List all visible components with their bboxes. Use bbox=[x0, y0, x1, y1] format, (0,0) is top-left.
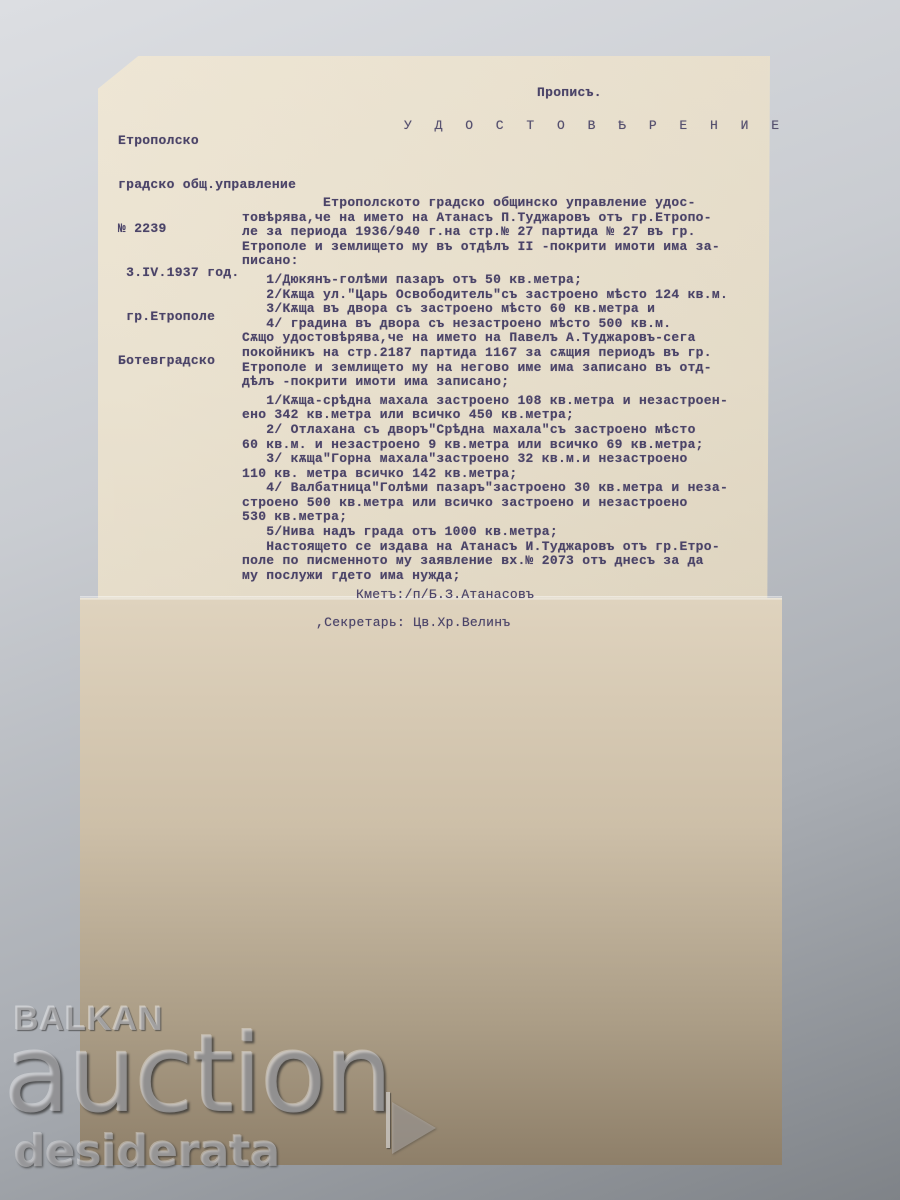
document-title: У Д О С Т О В Ѣ Р Е Н И Е bbox=[404, 119, 787, 134]
body-line: Етрополе и землището му въ отдѣлъ II -по… bbox=[242, 240, 728, 255]
body-line: 4/ градина въ двора съ незастроено мѣсто… bbox=[242, 317, 728, 332]
body-line: Етрополското градско общинско управление… bbox=[242, 196, 728, 211]
body-line: 1/Дюкянъ-голѣми пазаръ отъ 50 кв.метра; bbox=[242, 273, 728, 288]
copy-label: Прописъ. bbox=[537, 86, 602, 101]
body-line: Етрополе и землището му на негово име им… bbox=[242, 361, 728, 376]
body-line: покойникъ на стр.2187 партида 1167 за сѫ… bbox=[242, 346, 728, 361]
body-line: Сѫщо удостовѣрява,че на името на Павелъ … bbox=[242, 331, 728, 346]
body-line: писано: bbox=[242, 254, 728, 269]
body-line: 2/ Отлахана съ дворъ"Срѣдна махала"съ за… bbox=[242, 423, 728, 438]
body-line: поле по писменното му заявление вх.№ 207… bbox=[242, 554, 728, 569]
header-line: градско общ.управление bbox=[118, 177, 296, 192]
body-line: ле за периода 1936/940 г.на стр.№ 27 пар… bbox=[242, 225, 728, 240]
mayor-signature: Кметъ:/п/Б.З.Атанасовъ bbox=[356, 588, 534, 603]
body-line: 2/Кѫща ул."Царь Освободитель"съ застроен… bbox=[242, 288, 728, 303]
header-line: Етрополско bbox=[118, 133, 296, 148]
body-line: 60 кв.м. и незастроено 9 кв.метра или вс… bbox=[242, 438, 728, 453]
body-line: му послужи гдето има нужда; bbox=[242, 569, 728, 584]
body-line: 1/Кѫща-срѣдна махала застроено 108 кв.ме… bbox=[242, 394, 728, 409]
body-line: 3/ кѫща"Горна махала"застроено 32 кв.м.и… bbox=[242, 452, 728, 467]
body-line: 530 кв.метра; bbox=[242, 510, 728, 525]
body-line: 5/Нива надъ града отъ 1000 кв.метра; bbox=[242, 525, 728, 540]
body-line: дѣлъ -покрити имоти има записано; bbox=[242, 375, 728, 390]
body-line: строено 500 кв.метра или всичко застроен… bbox=[242, 496, 728, 511]
document-sheet-bottom bbox=[80, 598, 782, 1165]
secretary-signature: ,Секретарь: Цв.Хр.Велинъ bbox=[316, 616, 510, 631]
certificate-body: Етрополското градско общинско управление… bbox=[242, 196, 728, 583]
body-line: товѣрява,че на името на Атанасъ П.Туджар… bbox=[242, 211, 728, 226]
body-line: 3/Кѫща въ двора съ застроено мѣсто 60 кв… bbox=[242, 302, 728, 317]
body-line: ено 342 кв.метра или всичко 450 кв.метра… bbox=[242, 408, 728, 423]
body-line: Настоящето се издава на Атанасъ И.Туджар… bbox=[242, 540, 728, 555]
body-line: 4/ Валбатница"Голѣми пазаръ"застроено 30… bbox=[242, 481, 728, 496]
